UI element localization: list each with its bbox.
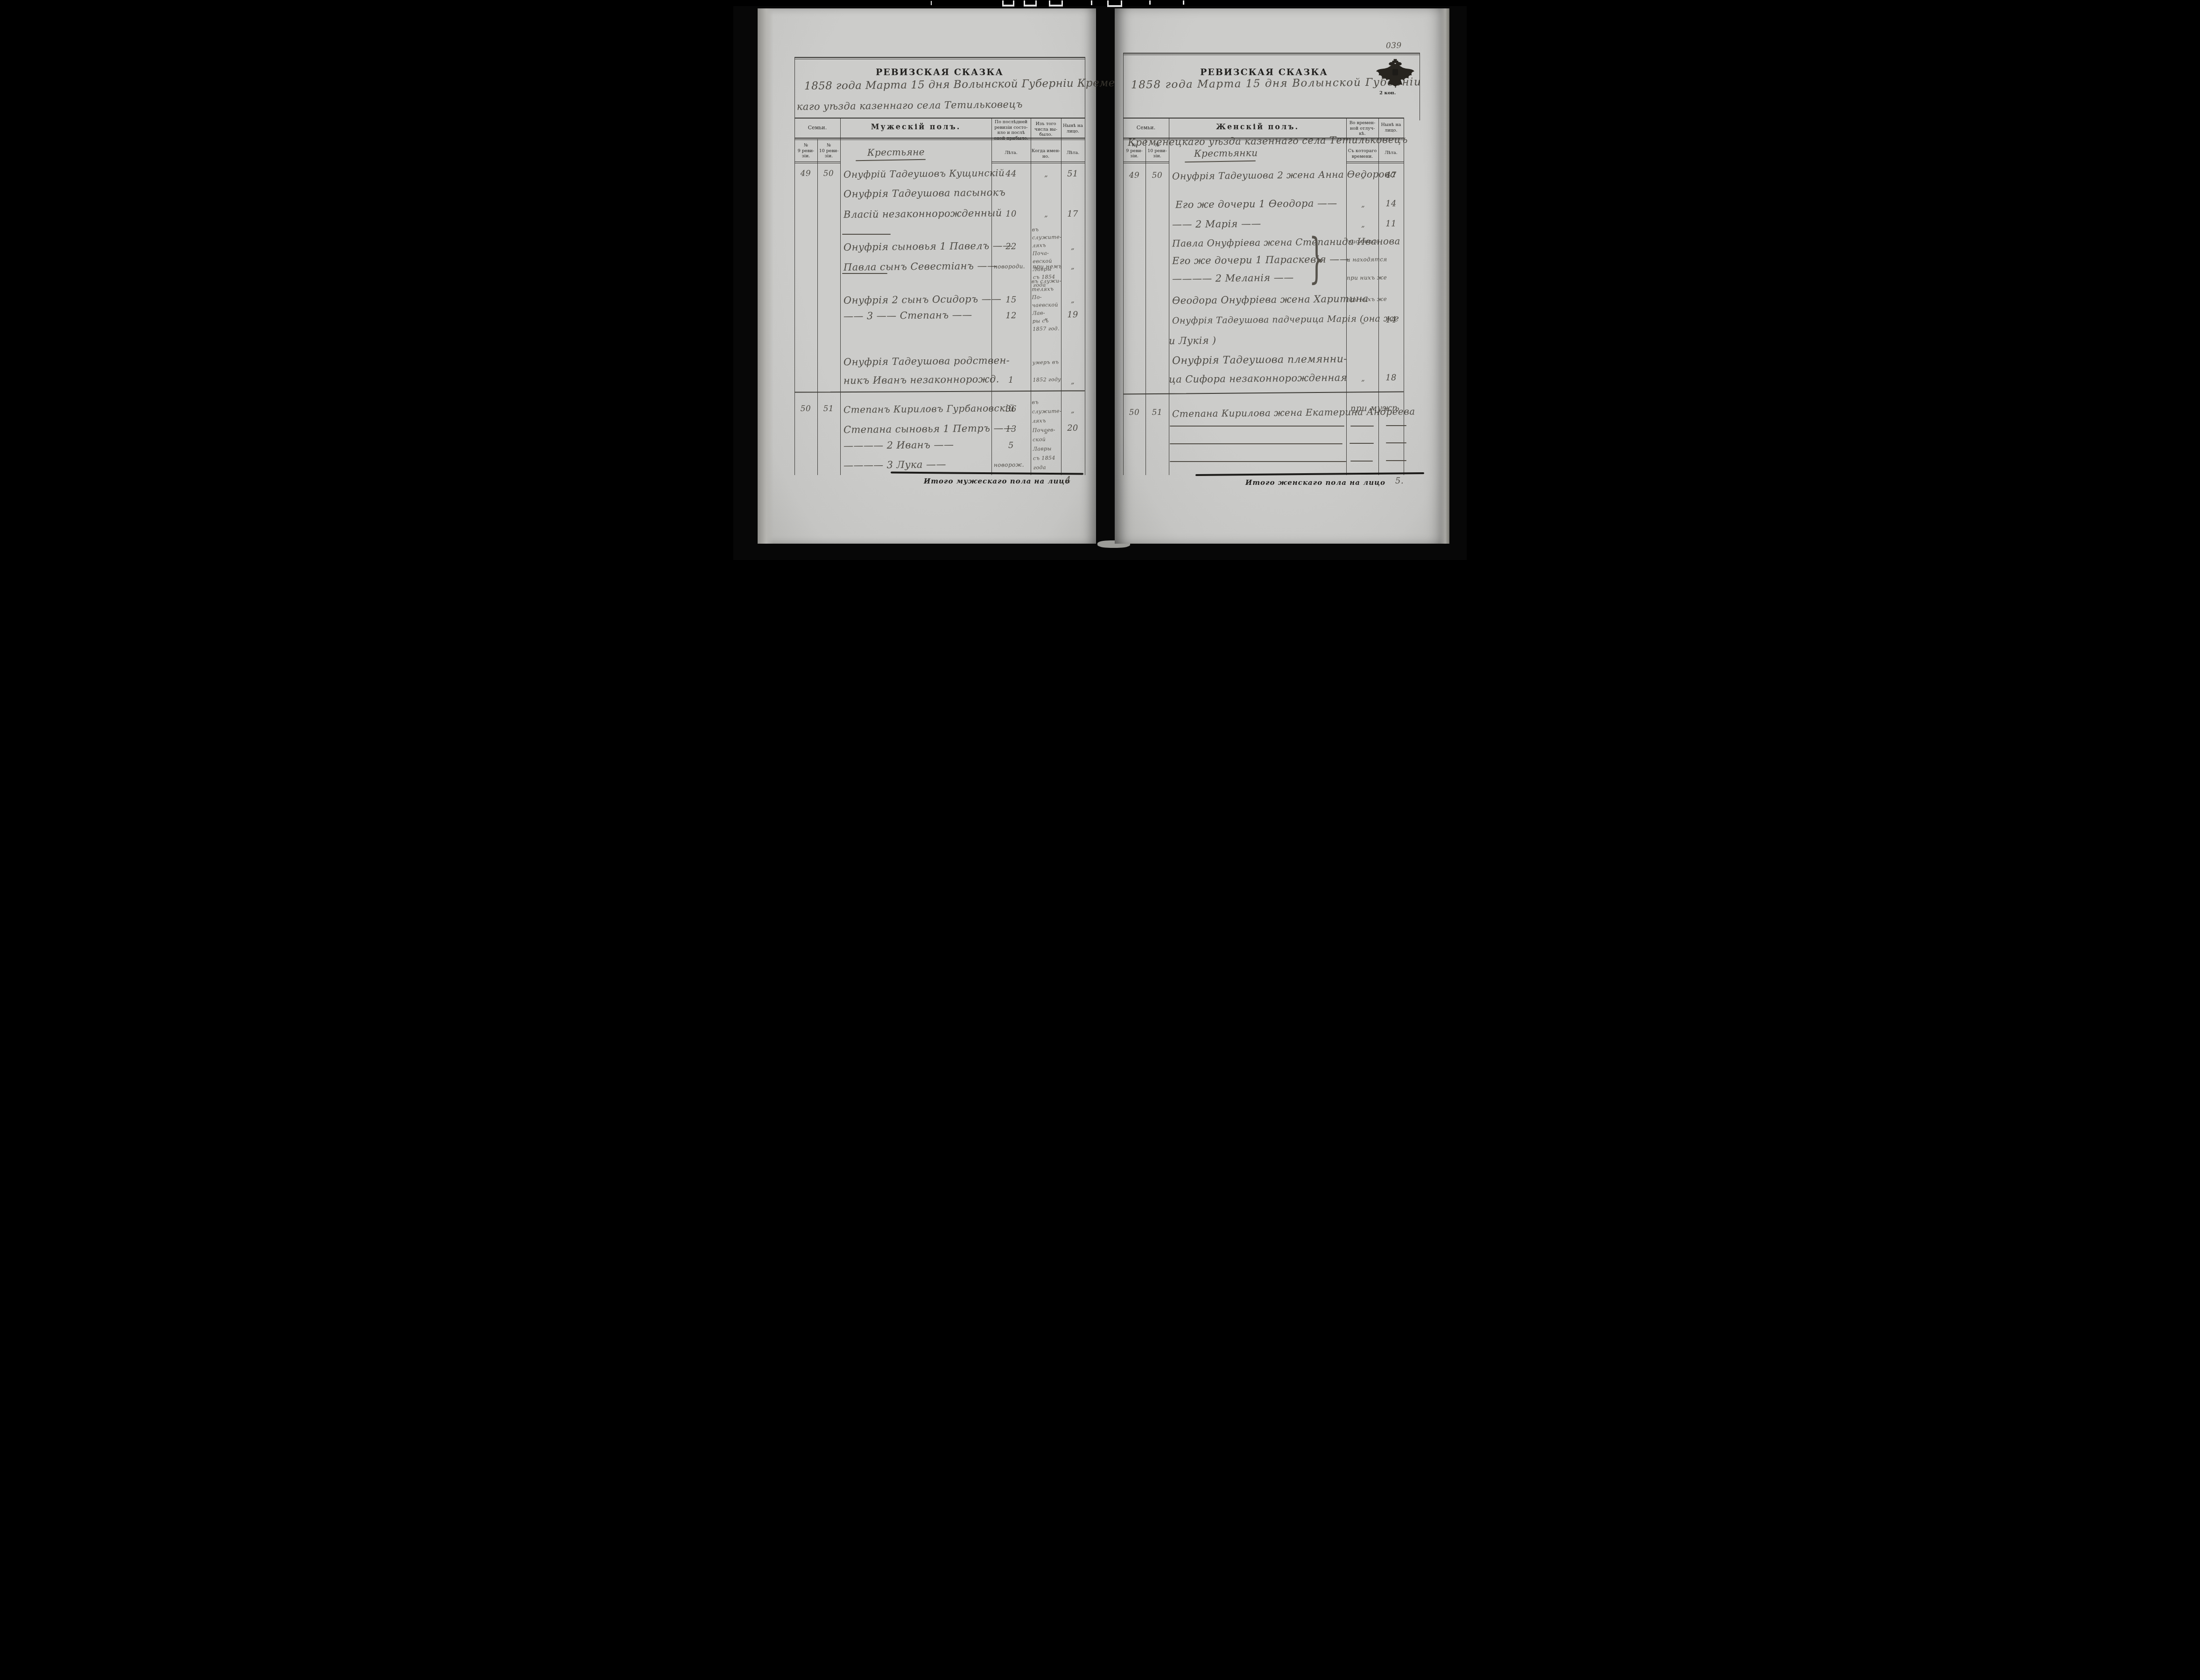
page-title: РЕВИЗСКАЯ СКАЗКА: [1199, 67, 1329, 77]
family-no-9rev: 49: [796, 169, 815, 178]
table-rule: [794, 59, 1085, 59]
book-edge-shading: [758, 8, 773, 544]
sub-header-age2: Лѣта.: [1061, 150, 1085, 156]
departed-when-note: въ служи- теляхъ По- чаевской Лав- ры съ…: [1032, 277, 1062, 333]
blank-row-rule: [1350, 461, 1373, 462]
age-previous: 13: [997, 424, 1025, 434]
age-now: 51: [1059, 169, 1087, 179]
departed-when: „: [1032, 170, 1061, 179]
imperial-eagle-stamp-icon: [1370, 58, 1421, 90]
person-name: Его же дочери 1 Ѳеодора ——: [1175, 197, 1337, 210]
age-now: „: [1059, 262, 1087, 271]
total-value: 4: [1061, 474, 1075, 485]
col-header-present: Нынѣ на лицо.: [1378, 122, 1404, 133]
col-header-rev9: № 9 реви- зіи.: [1123, 143, 1146, 159]
age-previous: 5: [997, 441, 1025, 451]
col-header-gender: Женскій полъ.: [1169, 124, 1346, 130]
table-rule: [1346, 163, 1404, 163]
table-rule: [1123, 55, 1420, 55]
person-name: никъ Иванъ незаконнорожд.: [843, 373, 999, 386]
age-now: „: [1059, 406, 1087, 415]
table-rule: [1123, 138, 1404, 139]
person-name: ———— 2 Иванъ ——: [843, 439, 954, 451]
absence-note: при нихъ же: [1347, 274, 1387, 281]
person-name: Онуфрій Тадеушовъ Кущинскій: [843, 167, 1005, 180]
absence-note: при нихъ же: [1347, 295, 1407, 302]
family-no-10rev: 51: [1148, 408, 1167, 417]
age-now: 20: [1059, 423, 1087, 434]
family-no-10rev: 50: [819, 169, 838, 178]
age-now: 47: [1377, 170, 1405, 181]
sub-header-since: Съ котораго времени.: [1346, 148, 1378, 159]
person-name: Онуфрія сыновья 1 Павелъ ——: [843, 240, 1013, 253]
col-header-rev9: № 9 реви- зіи.: [794, 143, 817, 159]
film-frame-mark: [1149, 0, 1151, 5]
film-frame-mark: [1024, 0, 1037, 7]
table-rule: [991, 163, 1085, 163]
blank-row-rule: [1386, 460, 1406, 461]
table-rule: [1123, 161, 1169, 162]
col-header-rev10: № 10 реви- зіи.: [817, 143, 840, 159]
age-now: „: [1059, 243, 1087, 252]
absence-note: числятся: [1348, 238, 1379, 245]
absence-note: при мужѣ: [1350, 403, 1430, 413]
age-now: 18: [1377, 373, 1405, 383]
microfilm-scan: РЕВИЗСКАЯ СКАЗКА 1858 года Марта 15 дня …: [733, 0, 1467, 560]
blank-row-rule: [1386, 425, 1406, 426]
absence-note: и находятся: [1347, 256, 1387, 263]
col-header-absence: Во времен- ной отлуч- кѣ.: [1346, 120, 1378, 137]
blank-row-rule: [1350, 426, 1374, 427]
person-name: Власій незаконнорожденный: [843, 207, 1002, 220]
person-name: ———— 3 Лука ——: [843, 459, 946, 471]
stamp-denomination: 2 коп.: [1379, 91, 1396, 96]
absence-since: „: [1348, 374, 1378, 383]
table-rule: [817, 139, 818, 475]
family-no-9rev: 49: [1125, 171, 1144, 180]
table-rule: [794, 140, 1085, 140]
sub-header-age: Лѣта.: [1378, 150, 1404, 156]
total-rule: [1195, 472, 1424, 476]
table-rule: [991, 161, 1085, 162]
person-name: —— 2 Марія ——: [1172, 218, 1261, 230]
date-line: 1858 года Марта 15 дня Волынской Губерні…: [804, 77, 1140, 92]
person-name: Степана сыновья 1 Петръ ——: [843, 422, 1013, 435]
handwritten-underline: [856, 159, 926, 161]
sub-header-when: Когда имен- но.: [1031, 148, 1061, 159]
page-title: РЕВИЗСКАЯ СКАЗКА: [874, 67, 1005, 77]
col-header-last-revision: По послѣдней ревизіи состо- яло и послѣ …: [991, 119, 1031, 141]
table-rule: [794, 138, 1085, 139]
left-page: РЕВИЗСКАЯ СКАЗКА 1858 года Марта 15 дня …: [758, 8, 1096, 544]
departed-when: „: [1032, 427, 1061, 435]
table-rule: [1346, 161, 1404, 162]
sub-header-age: Лѣта.: [991, 150, 1031, 156]
col-header-gender: Мужескій полъ.: [840, 124, 991, 130]
table-rule: [1123, 118, 1404, 119]
table-rule: [1031, 118, 1031, 475]
person-name: и Лукія ): [1169, 335, 1216, 346]
table-rule: [840, 118, 841, 475]
age-previous: 36: [997, 404, 1025, 414]
family-no-10rev: 51: [819, 404, 838, 413]
film-frame-mark: [1183, 0, 1184, 5]
blank-row-rule: [1386, 442, 1406, 443]
departed-when-note: умеръ въ 1852 году: [1032, 353, 1062, 388]
family-no-9rev: 50: [1125, 408, 1144, 417]
absence-since: „: [1348, 317, 1378, 326]
film-frame-mark: [1107, 0, 1122, 7]
family-divider: [794, 390, 1085, 392]
departed-when: „: [1032, 210, 1061, 219]
absence-since: „: [1348, 200, 1378, 209]
blank-row-rule: [1170, 426, 1344, 427]
film-frame-mark: [1049, 0, 1063, 7]
person-name: Онуфрія Тадеушова родствен-: [843, 355, 1010, 368]
person-name: Онуфрія 2 сынъ Осидоръ ——: [843, 293, 1002, 306]
age-previous: новорож.: [994, 462, 1024, 469]
age-previous: 10: [997, 209, 1025, 219]
book-edge-shading: [1439, 8, 1449, 544]
total-label: Итого женскаго пола на лицо: [1245, 478, 1385, 487]
col-header-present: Нынѣ на лицо.: [1061, 123, 1085, 134]
age-previous: новороди.: [994, 263, 1025, 270]
total-label: Итого мужескаго пола на лицо: [924, 477, 1070, 485]
person-name: Онуфрія Тадеушова племянни-: [1172, 353, 1347, 367]
age-previous: 12: [997, 311, 1025, 321]
person-name: —— 3 —— Степанъ ——: [843, 309, 972, 322]
col-header-family: Семьи.: [1123, 125, 1169, 131]
film-frame-mark: [1091, 0, 1092, 5]
age-now: 11: [1377, 219, 1405, 229]
departed-when: „: [1032, 313, 1061, 322]
age-now: 17: [1059, 209, 1087, 219]
table-rule: [1123, 163, 1169, 163]
person-name: Ѳеодора Онуфріева жена Харитина: [1172, 293, 1369, 306]
family-no-10rev: 50: [1148, 171, 1167, 180]
col-header-family: Семьи.: [794, 125, 840, 131]
table-rule: [1123, 140, 1404, 140]
age-now: 14: [1377, 315, 1405, 325]
person-name: ———— 2 Меланія ——: [1172, 272, 1294, 285]
family-divider: [1123, 391, 1404, 394]
table-rule: [794, 57, 1085, 58]
film-strip: [733, 0, 1467, 6]
age-previous: 44: [997, 169, 1025, 179]
family-no-9rev: 50: [796, 404, 815, 413]
age-now: 19: [1059, 310, 1087, 320]
blank-row-rule: [1170, 443, 1342, 444]
person-name: ца Сифора незаконнорожденная: [1169, 372, 1347, 385]
table-rule: [1169, 118, 1169, 475]
age-now: „: [1059, 296, 1087, 305]
age-now: „: [1059, 377, 1087, 386]
handwritten-underline: [1185, 161, 1256, 163]
grouping-brace: }: [1309, 227, 1324, 289]
total-value: 5.: [1390, 476, 1409, 486]
blank-row-rule: [1170, 461, 1346, 462]
place-line: каго уѣзда казеннаго села Тетильковецъ: [797, 98, 1023, 112]
table-rule: [794, 161, 840, 162]
table-rule: [794, 118, 1085, 119]
col-header-rev10: № 10 реви- зіи.: [1146, 143, 1169, 159]
handwritten-underline: [842, 234, 891, 235]
film-frame-mark: [1002, 0, 1014, 7]
person-name: Онуфрія Тадеушова пасынокъ: [843, 187, 1005, 200]
person-name: Павла сынъ Севестіанъ ——: [843, 260, 997, 273]
age-previous: 1: [997, 375, 1025, 385]
departed-when: при немъ: [1033, 263, 1062, 270]
person-name: Степанъ Кириловъ Гурбановскій: [843, 402, 1015, 415]
blank-row-rule: [1350, 443, 1374, 444]
table-rule: [1146, 139, 1146, 475]
absence-since: „: [1348, 220, 1378, 229]
table-rule: [794, 163, 840, 163]
group-label: Крестьянки: [1194, 147, 1258, 159]
age-now: 14: [1377, 199, 1405, 209]
film-frame-mark: [931, 1, 932, 5]
handwritten-underline: [842, 273, 887, 274]
age-previous: 15: [997, 295, 1025, 305]
table-rule: [794, 57, 795, 475]
col-header-departed: Изъ того числа вы- было.: [1031, 121, 1061, 138]
absence-since: „: [1348, 172, 1378, 181]
table-rule: [1123, 53, 1124, 475]
table-rule: [1123, 53, 1420, 54]
right-page: 039 РЕВИЗСКАЯ СКАЗКА 1858 года Марта 15 …: [1115, 8, 1449, 544]
age-previous: 22: [997, 242, 1025, 252]
page-number: 039: [1386, 41, 1402, 50]
group-label: Крестьяне: [867, 146, 925, 158]
